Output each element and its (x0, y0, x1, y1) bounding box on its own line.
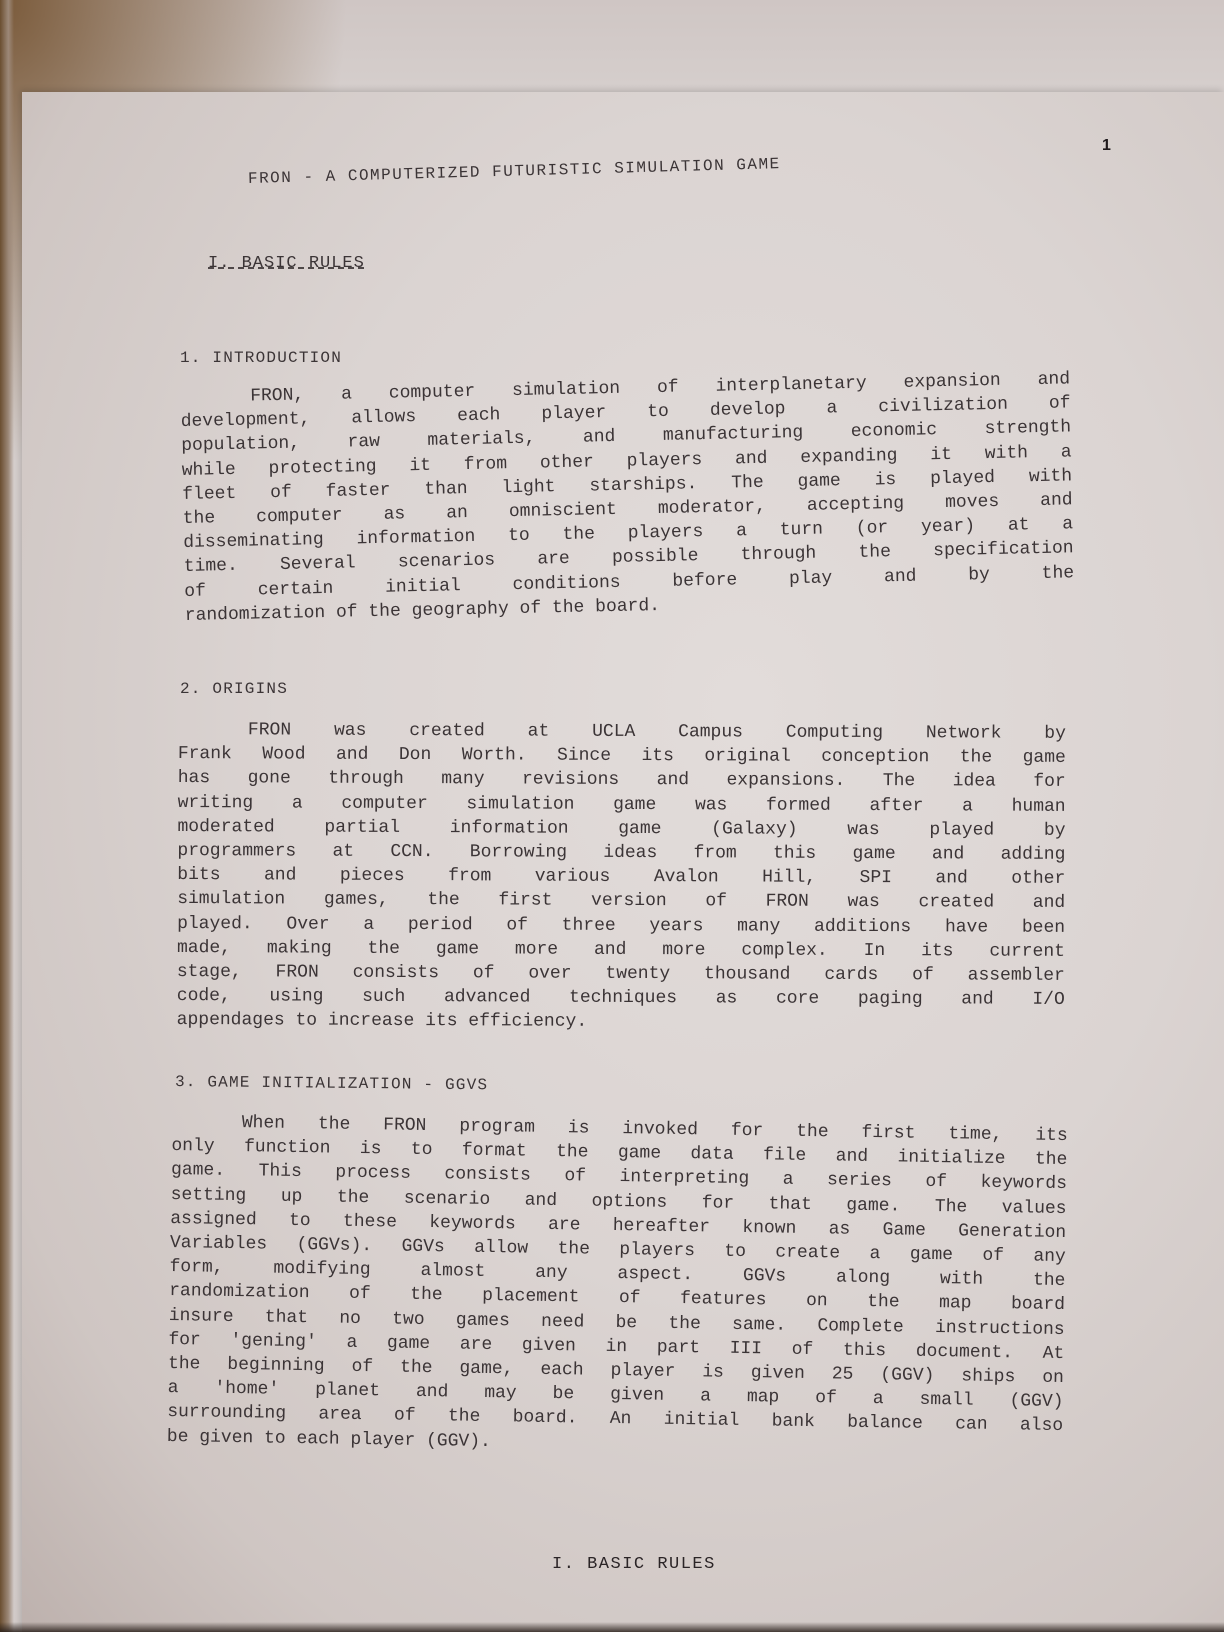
section-body-game-initialization: When the FRON program is invoked for the… (167, 1110, 1068, 1463)
part-heading: I. BASIC RULES (208, 254, 365, 273)
text-line: has gone through many revisions and expa… (178, 766, 1066, 794)
text-line: appendages to increase its efficiency. (177, 1008, 1065, 1036)
text-line: simulation games, the first version of F… (177, 887, 1065, 915)
binder-edge (0, 0, 14, 1632)
section-heading-origins: 2. ORIGINS (180, 680, 288, 698)
section-body-introduction: FRON, a computer simulation of interplan… (180, 367, 1075, 628)
section-body-origins: FRON was created at UCLA Campus Computin… (177, 718, 1066, 1037)
page-number: 1 (1102, 137, 1111, 155)
text-line: played. Over a period of three years man… (177, 912, 1065, 940)
page-bottom-shadow (0, 1622, 1224, 1632)
section-heading-introduction: 1. INTRODUCTION (180, 349, 342, 367)
page-footer: I. BASIC RULES (552, 1555, 716, 1574)
text-line: writing a computer simulation game was f… (178, 791, 1066, 819)
section-heading-game-initialization: 3. GAME INITIALIZATION - GGVS (175, 1073, 488, 1094)
